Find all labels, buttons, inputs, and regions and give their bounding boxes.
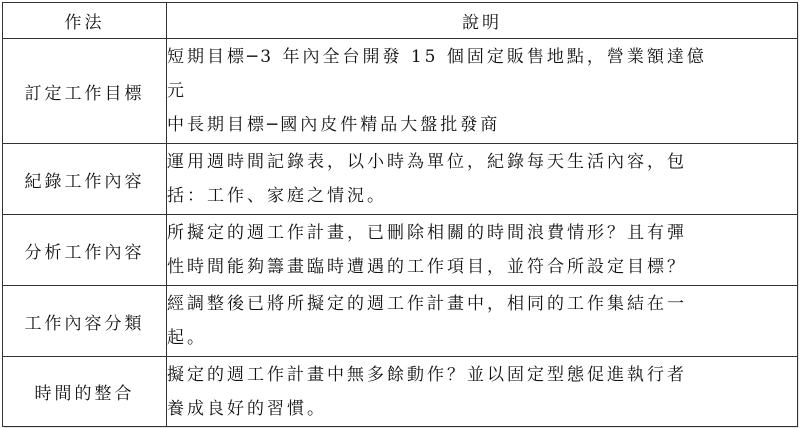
- table-row: 工作內容分類 經調整後已將所擬定的週工作計畫中，相同的工作集結在一 起。: [3, 286, 798, 357]
- method-cell: 訂定工作目標: [3, 39, 167, 144]
- description-line: 性時間能夠籌畫臨時遭遇的工作項目，並符合所設定目標？: [167, 250, 797, 284]
- description-line: 經調整後已將所擬定的週工作計畫中，相同的工作集結在一: [167, 287, 797, 321]
- table-row: 紀錄工作內容 運用週時間記錄表，以小時為單位，紀錄每天生活內容，包 括：工作、家…: [3, 144, 798, 215]
- description-cell: 運用週時間記錄表，以小時為單位，紀錄每天生活內容，包 括：工作、家庭之情況。: [167, 144, 798, 215]
- description-line: 中長期目標─國內皮件精品大盤批發商: [167, 108, 797, 142]
- method-cell: 分析工作內容: [3, 215, 167, 286]
- table-header-row: 作法 說明: [3, 3, 798, 39]
- table-row: 訂定工作目標 短期目標─3 年內全台開發 15 個固定販售地點，營業額達億 元 …: [3, 39, 798, 144]
- description-line: 元: [167, 74, 797, 108]
- method-cell: 時間的整合: [3, 357, 167, 427]
- work-plan-table: 作法 說明 訂定工作目標 短期目標─3 年內全台開發 15 個固定販售地點，營業…: [2, 2, 798, 427]
- description-line: 短期目標─3 年內全台開發 15 個固定販售地點，營業額達億: [167, 40, 797, 74]
- table-frame: 作法 說明 訂定工作目標 短期目標─3 年內全台開發 15 個固定販售地點，營業…: [2, 2, 797, 426]
- description-line: 括：工作、家庭之情況。: [167, 179, 797, 213]
- header-description: 說明: [167, 3, 798, 39]
- description-cell: 所擬定的週工作計畫，已刪除相關的時間浪費情形？且有彈 性時間能夠籌畫臨時遭遇的工…: [167, 215, 798, 286]
- method-cell: 工作內容分類: [3, 286, 167, 357]
- description-line: 起。: [167, 321, 797, 355]
- description-line: 擬定的週工作計畫中無多餘動作？並以固定型態促進執行者: [167, 358, 797, 392]
- description-cell: 擬定的週工作計畫中無多餘動作？並以固定型態促進執行者 養成良好的習慣。: [167, 357, 798, 427]
- description-line: 所擬定的週工作計畫，已刪除相關的時間浪費情形？且有彈: [167, 216, 797, 250]
- method-cell: 紀錄工作內容: [3, 144, 167, 215]
- description-line: 養成良好的習慣。: [167, 392, 797, 426]
- header-method: 作法: [3, 3, 167, 39]
- description-cell: 經調整後已將所擬定的週工作計畫中，相同的工作集結在一 起。: [167, 286, 798, 357]
- table-row: 分析工作內容 所擬定的週工作計畫，已刪除相關的時間浪費情形？且有彈 性時間能夠籌…: [3, 215, 798, 286]
- description-cell: 短期目標─3 年內全台開發 15 個固定販售地點，營業額達億 元 中長期目標─國…: [167, 39, 798, 144]
- table-row: 時間的整合 擬定的週工作計畫中無多餘動作？並以固定型態促進執行者 養成良好的習慣…: [3, 357, 798, 427]
- description-line: 運用週時間記錄表，以小時為單位，紀錄每天生活內容，包: [167, 145, 797, 179]
